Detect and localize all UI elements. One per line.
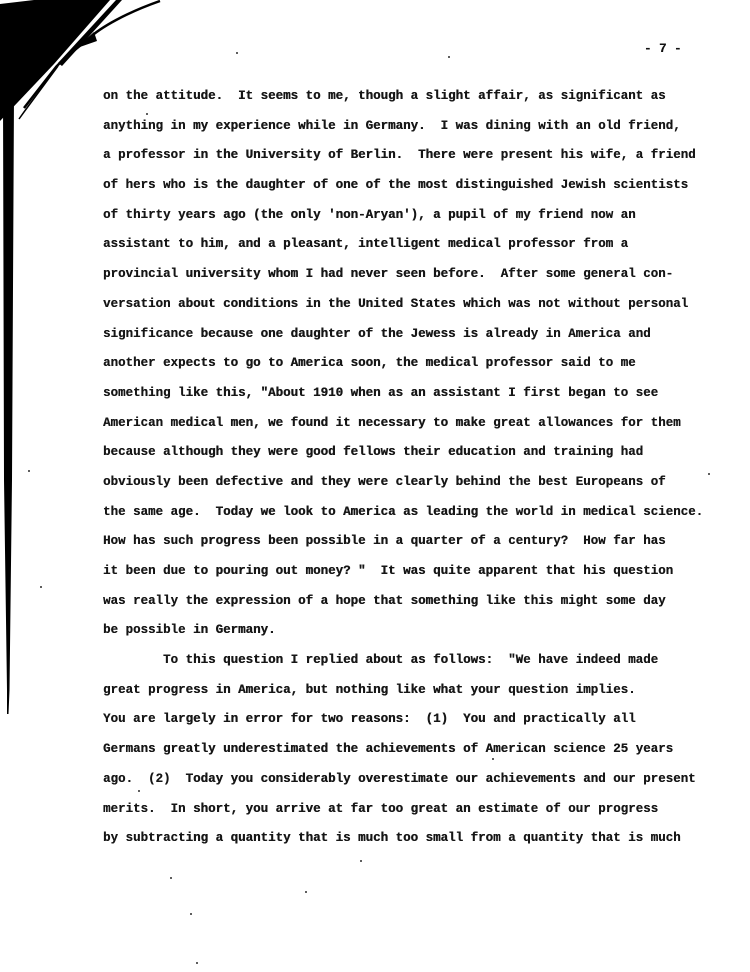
speckle	[708, 473, 710, 475]
scan-edge-artifact	[3, 95, 14, 714]
text-line: something like this, "About 1910 when as…	[103, 379, 728, 409]
text-line: great progress in America, but nothing l…	[103, 676, 728, 706]
text-line: Germans greatly underestimated the achie…	[103, 735, 728, 765]
speckle	[305, 891, 307, 893]
speckle	[196, 962, 198, 964]
text-line: ago. (2) Today you considerably overesti…	[103, 765, 728, 795]
speckle	[28, 470, 30, 472]
speckle	[170, 877, 172, 879]
speckle	[236, 52, 238, 54]
speckle	[360, 860, 362, 862]
text-line: versation about conditions in the United…	[103, 290, 728, 320]
text-line: significance because one daughter of the…	[103, 320, 728, 350]
speckle	[448, 56, 450, 58]
text-line: on the attitude. It seems to me, though …	[103, 82, 728, 112]
text-line: obviously been defective and they were c…	[103, 468, 728, 498]
text-line: of hers who is the daughter of one of th…	[103, 171, 728, 201]
text-line: of thirty years ago (the only 'non-Aryan…	[103, 201, 728, 231]
text-line: the same age. Today we look to America a…	[103, 498, 728, 528]
text-line: You are largely in error for two reasons…	[103, 705, 728, 735]
text-line: merits. In short, you arrive at far too …	[103, 795, 728, 825]
document-body: on the attitude. It seems to me, though …	[103, 82, 728, 854]
text-line: assistant to him, and a pleasant, intell…	[103, 230, 728, 260]
page-number: - 7 -	[644, 42, 682, 56]
speckle	[138, 790, 140, 792]
document-page: - 7 - on the attitude. It seems to me, t…	[0, 0, 750, 972]
text-line: provincial university whom I had never s…	[103, 260, 728, 290]
text-line: by subtracting a quantity that is much t…	[103, 824, 728, 854]
speckle	[146, 113, 148, 115]
speckle	[492, 758, 494, 760]
speckle	[40, 586, 42, 588]
text-line: was really the expression of a hope that…	[103, 587, 728, 617]
text-line: be possible in Germany.	[103, 616, 728, 646]
text-line: To this question I replied about as foll…	[103, 646, 728, 676]
text-line: it been due to pouring out money? " It w…	[103, 557, 728, 587]
speckle	[190, 913, 192, 915]
text-line: another expects to go to America soon, t…	[103, 349, 728, 379]
text-line: How has such progress been possible in a…	[103, 527, 728, 557]
text-line: American medical men, we found it necess…	[103, 409, 728, 439]
text-line: because although they were good fellows …	[103, 438, 728, 468]
text-line: a professor in the University of Berlin.…	[103, 141, 728, 171]
text-line: anything in my experience while in Germa…	[103, 112, 728, 142]
